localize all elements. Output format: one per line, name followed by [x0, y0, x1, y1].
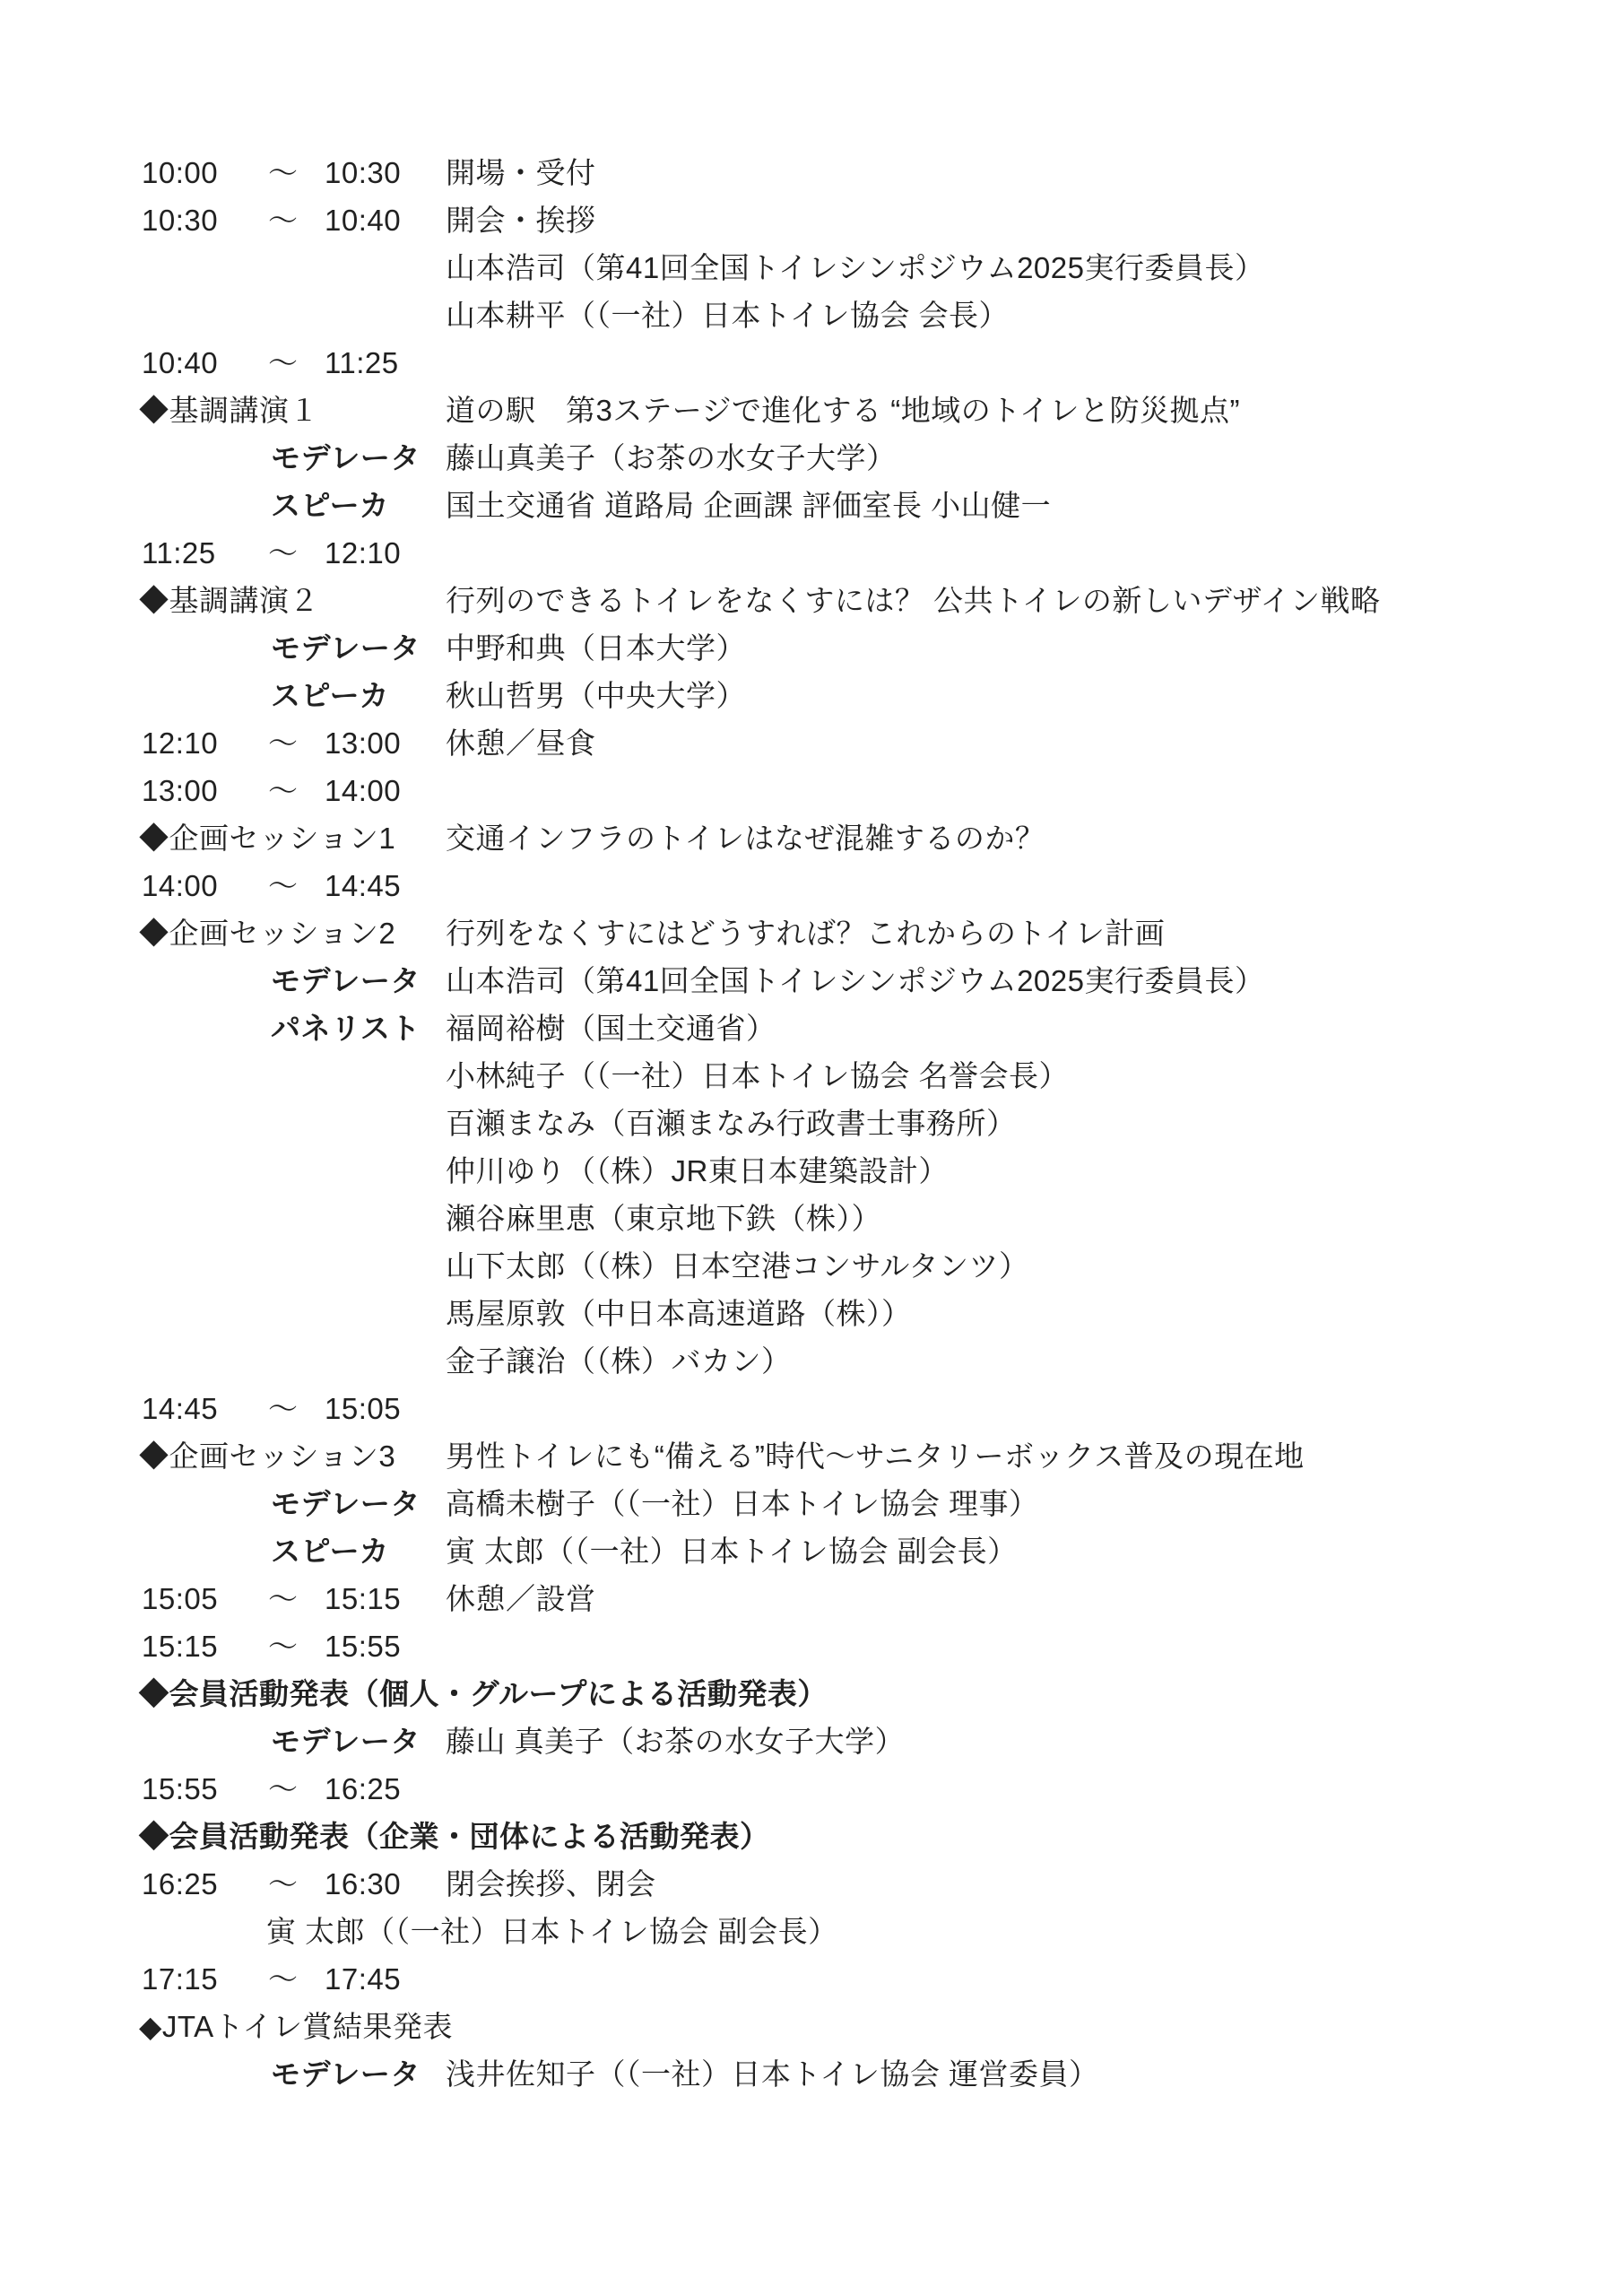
role-label: スピーカ [271, 672, 389, 719]
schedule-row: ◆基調講演１ 道の駅 第3ステージで進化する “地域のトイレと防災拠点” [0, 387, 1622, 434]
tilde-separator: ～ [268, 339, 299, 387]
schedule-row: 10:00 ～ 10:30 開場・受付 [0, 149, 1622, 196]
time-end: 15:15 [325, 1575, 401, 1622]
role-label: モデレータ [271, 434, 421, 482]
schedule-list: 10:00 ～ 10:30 開場・受付 10:30 ～ 10:40 開会・挨拶 … [0, 149, 1622, 2098]
schedule-row: ◆会員活動発表（企業・団体による活動発表） [0, 1813, 1622, 1860]
person-name: 藤山真美子（お茶の水女子大学） [446, 434, 897, 482]
activity-label: 閉会挨拶、閉会 [446, 1860, 656, 1908]
time-start: 11:25 [142, 529, 216, 577]
schedule-row: モデレータ 中野和典（日本大学） [0, 624, 1622, 672]
time-end: 13:00 [325, 719, 401, 767]
session-title: 男性トイレにも“備える”時代～サニタリーボックス普及の現在地 [446, 1432, 1305, 1480]
time-end: 12:10 [325, 529, 401, 577]
tilde-separator: ～ [268, 149, 299, 196]
schedule-row: ◆基調講演２ 行列のできるトイレをなくすには？ 公共トイレの新しいデザイン戦略 [0, 577, 1622, 624]
time-start: 15:15 [142, 1622, 218, 1670]
schedule-row: ◆企画セッション2 行列をなくすにはどうすれば？これからのトイレ計画 [0, 909, 1622, 957]
schedule-row: 百瀬まなみ（百瀬まなみ行政書士事務所） [0, 1100, 1622, 1147]
schedule-row: 15:05 ～ 15:15 休憩／設営 [0, 1575, 1622, 1622]
time-start: 14:00 [142, 862, 218, 909]
tilde-separator: ～ [268, 719, 299, 767]
role-label: スピーカ [271, 1527, 389, 1575]
session-heading: ◆企画セッション2 [139, 909, 395, 957]
role-label: モデレータ [271, 1480, 421, 1527]
person-name: 百瀬まなみ（百瀬まなみ行政書士事務所） [446, 1100, 1017, 1147]
schedule-row: スピーカ 国土交通省 道路局 企画課 評価室長 小山健一 [0, 482, 1622, 529]
symposium-program-page: 10:00 ～ 10:30 開場・受付 10:30 ～ 10:40 開会・挨拶 … [0, 0, 1622, 2296]
schedule-row: 14:45 ～ 15:05 [0, 1385, 1622, 1432]
tilde-separator: ～ [268, 1575, 299, 1622]
tilde-separator: ～ [268, 1622, 299, 1670]
role-label: スピーカ [271, 482, 389, 529]
time-start: 15:05 [142, 1575, 218, 1622]
time-end: 14:45 [325, 862, 401, 909]
section-heading: ◆会員活動発表（個人・グループによる活動発表） [139, 1670, 828, 1718]
time-start: 10:40 [142, 339, 218, 387]
schedule-row: 馬屋原敦（中日本高速道路（株）） [0, 1290, 1622, 1337]
schedule-row: 15:15 ～ 15:55 [0, 1622, 1622, 1670]
session-title: 交通インフラのトイレはなぜ混雑するのか？ [446, 814, 1045, 862]
person-name: 藤山 真美子（お茶の水女子大学） [446, 1718, 905, 1765]
schedule-row: ◆JTAトイレ賞結果発表 [0, 2003, 1622, 2050]
schedule-row: モデレータ 山本浩司（第41回全国トイレシンポジウム2025実行委員長） [0, 957, 1622, 1004]
person-name: 馬屋原敦（中日本高速道路（株）） [446, 1290, 912, 1337]
person-name: 浅井佐知子（（一社）日本トイレ協会 運営委員） [446, 2050, 1099, 2098]
time-end: 10:40 [325, 196, 401, 244]
role-label: モデレータ [271, 2050, 421, 2098]
person-name: 寅 太郎（（一社）日本トイレ協会 副会長） [446, 1527, 1018, 1575]
role-label: モデレータ [271, 1718, 421, 1765]
schedule-row: 17:15 ～ 17:45 [0, 1955, 1622, 2003]
tilde-separator: ～ [268, 1765, 299, 1813]
time-end: 11:25 [325, 339, 399, 387]
activity-label: 休憩／昼食 [446, 719, 596, 767]
schedule-row: ◆会員活動発表（個人・グループによる活動発表） [0, 1670, 1622, 1718]
schedule-row: スピーカ 秋山哲男（中央大学） [0, 672, 1622, 719]
schedule-row: 10:40 ～ 11:25 [0, 339, 1622, 387]
session-title: 行列をなくすにはどうすれば？これからのトイレ計画 [446, 909, 1165, 957]
session-title: 行列のできるトイレをなくすには？ 公共トイレの新しいデザイン戦略 [446, 577, 1381, 624]
person-name: 山本浩司（第41回全国トイレシンポジウム2025実行委員長） [446, 244, 1265, 291]
schedule-row: ◆企画セッション3 男性トイレにも“備える”時代～サニタリーボックス普及の現在地 [0, 1432, 1622, 1480]
schedule-row: 寅 太郎（（一社）日本トイレ協会 副会長） [0, 1908, 1622, 1955]
person-name: 山本耕平（（一社）日本トイレ協会 会長） [446, 291, 1009, 339]
schedule-row: スピーカ 寅 太郎（（一社）日本トイレ協会 副会長） [0, 1527, 1622, 1575]
time-end: 16:25 [325, 1765, 401, 1813]
session-heading: ◆基調講演１ [139, 387, 319, 434]
session-title: 道の駅 第3ステージで進化する “地域のトイレと防災拠点” [446, 387, 1240, 434]
schedule-row: 山本浩司（第41回全国トイレシンポジウム2025実行委員長） [0, 244, 1622, 291]
time-end: 15:55 [325, 1622, 401, 1670]
tilde-separator: ～ [268, 767, 299, 814]
schedule-row: パネリスト 福岡裕樹（国土交通省） [0, 1004, 1622, 1052]
person-name: 小林純子（（一社）日本トイレ協会 名誉会長） [446, 1052, 1069, 1100]
activity-label: 休憩／設営 [446, 1575, 596, 1622]
tilde-separator: ～ [268, 862, 299, 909]
tilde-separator: ～ [268, 529, 299, 577]
schedule-row: 15:55 ～ 16:25 [0, 1765, 1622, 1813]
session-heading: ◆企画セッション1 [139, 814, 395, 862]
schedule-row: 山本耕平（（一社）日本トイレ協会 会長） [0, 291, 1622, 339]
person-name: 中野和典（日本大学） [446, 624, 746, 672]
time-start: 10:30 [142, 196, 218, 244]
time-start: 17:15 [142, 1955, 218, 2003]
time-end: 17:45 [325, 1955, 401, 2003]
schedule-row: モデレータ 浅井佐知子（（一社）日本トイレ協会 運営委員） [0, 2050, 1622, 2098]
schedule-row: 11:25 ～ 12:10 [0, 529, 1622, 577]
schedule-row: モデレータ 藤山真美子（お茶の水女子大学） [0, 434, 1622, 482]
schedule-row: 小林純子（（一社）日本トイレ協会 名誉会長） [0, 1052, 1622, 1100]
time-start: 15:55 [142, 1765, 218, 1813]
time-end: 16:30 [325, 1860, 401, 1908]
tilde-separator: ～ [268, 1955, 299, 2003]
person-name: 仲川ゆり（（株）JR東日本建築設計） [446, 1147, 949, 1195]
time-start: 13:00 [142, 767, 218, 814]
schedule-row: モデレータ 藤山 真美子（お茶の水女子大学） [0, 1718, 1622, 1765]
time-start: 10:00 [142, 149, 218, 196]
role-label: パネリスト [271, 1004, 421, 1052]
person-name: 秋山哲男（中央大学） [446, 672, 746, 719]
activity-label: 開会・挨拶 [446, 196, 596, 244]
section-heading: ◆JTAトイレ賞結果発表 [139, 2003, 453, 2050]
person-name: 福岡裕樹（国土交通省） [446, 1004, 776, 1052]
schedule-row: 金子譲治（（株）バカン） [0, 1337, 1622, 1385]
schedule-row: 仲川ゆり（（株）JR東日本建築設計） [0, 1147, 1622, 1195]
schedule-row: モデレータ 高橋未樹子（（一社）日本トイレ協会 理事） [0, 1480, 1622, 1527]
time-end: 14:00 [325, 767, 401, 814]
schedule-row: 10:30 ～ 10:40 開会・挨拶 [0, 196, 1622, 244]
time-start: 14:45 [142, 1385, 218, 1432]
section-heading: ◆会員活動発表（企業・団体による活動発表） [139, 1813, 770, 1860]
schedule-row: ◆企画セッション1 交通インフラのトイレはなぜ混雑するのか？ [0, 814, 1622, 862]
role-label: モデレータ [271, 957, 421, 1004]
time-end: 10:30 [325, 149, 401, 196]
schedule-row: 16:25 ～ 16:30 閉会挨拶、閉会 [0, 1860, 1622, 1908]
time-start: 12:10 [142, 719, 218, 767]
session-heading: ◆基調講演２ [139, 577, 319, 624]
person-name: 金子譲治（（株）バカン） [446, 1337, 792, 1385]
time-start: 16:25 [142, 1860, 218, 1908]
person-name: 寅 太郎（（一社）日本トイレ協会 副会長） [266, 1908, 838, 1955]
schedule-row: 瀬谷麻里恵（東京地下鉄（株）） [0, 1195, 1622, 1242]
person-name: 山本浩司（第41回全国トイレシンポジウム2025実行委員長） [446, 957, 1265, 1004]
tilde-separator: ～ [268, 1860, 299, 1908]
person-name: 国土交通省 道路局 企画課 評価室長 小山健一 [446, 482, 1051, 529]
schedule-row: 山下太郎（（株）日本空港コンサルタンツ） [0, 1242, 1622, 1290]
tilde-separator: ～ [268, 1385, 299, 1432]
person-name: 瀬谷麻里恵（東京地下鉄（株）） [446, 1195, 881, 1242]
schedule-row: 13:00 ～ 14:00 [0, 767, 1622, 814]
session-heading: ◆企画セッション3 [139, 1432, 395, 1480]
role-label: モデレータ [271, 624, 421, 672]
activity-label: 開場・受付 [446, 149, 596, 196]
schedule-row: 12:10 ～ 13:00 休憩／昼食 [0, 719, 1622, 767]
tilde-separator: ～ [268, 196, 299, 244]
person-name: 山下太郎（（株）日本空港コンサルタンツ） [446, 1242, 1029, 1290]
schedule-row: 14:00 ～ 14:45 [0, 862, 1622, 909]
person-name: 高橋未樹子（（一社）日本トイレ協会 理事） [446, 1480, 1039, 1527]
time-end: 15:05 [325, 1385, 401, 1432]
